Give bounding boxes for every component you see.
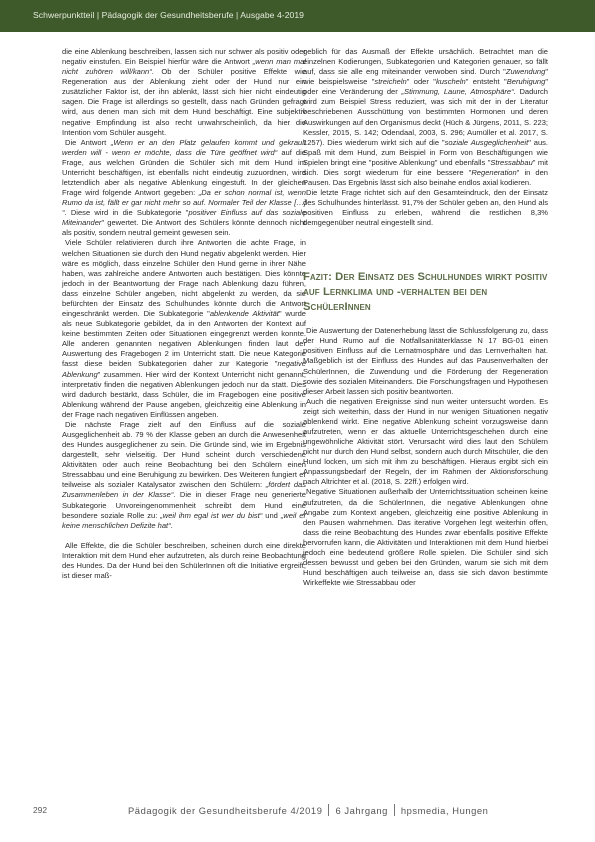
paragraph: Alle Effekte, die die Schüler beschreibe…: [62, 541, 306, 581]
running-header-title: Schwerpunktteil | Pädagogik der Gesundhe…: [33, 10, 304, 20]
footer-citation: Pädagogik der Gesundheitsberufe 4/20196 …: [128, 804, 488, 816]
paragraph: die eine Ablenkung beschreiben, lassen s…: [62, 47, 306, 138]
paragraph: Die letzte Frage richtet sich auf den Ge…: [303, 188, 548, 228]
paragraph: Die Auswertung der Datenerhebung lässt d…: [303, 326, 548, 397]
page-number: 292: [33, 805, 47, 815]
running-header-bar: Schwerpunktteil | Pädagogik der Gesundhe…: [0, 0, 595, 32]
paragraph: Viele Schüler relativieren durch ihre An…: [62, 238, 306, 419]
paragraph: Negative Situationen außerhalb der Unter…: [303, 487, 548, 588]
paragraph: geblich für das Ausmaß der Effekte ursäc…: [303, 47, 548, 188]
paragraph: Auch die negativen Ereignisse sind nun w…: [303, 397, 548, 488]
footer-divider: [328, 804, 329, 816]
footer-publisher: hpsmedia, Hungen: [401, 805, 489, 816]
left-column: die eine Ablenkung beschreiben, lassen s…: [62, 47, 306, 581]
paragraph: Die nächste Frage zielt auf den Einfluss…: [62, 420, 306, 531]
footer-journal: Pädagogik der Gesundheitsberufe 4/2019: [128, 805, 322, 816]
paragraph: Die Antwort „Wenn er an den Platz gelauf…: [62, 138, 306, 239]
right-column: geblich für das Ausmaß der Effekte ursäc…: [303, 47, 548, 588]
footer-volume: 6 Jahrgang: [335, 805, 387, 816]
section-heading: Fazit: Der Einsatz des Schulhundes wirkt…: [303, 270, 548, 314]
footer-divider: [394, 804, 395, 816]
